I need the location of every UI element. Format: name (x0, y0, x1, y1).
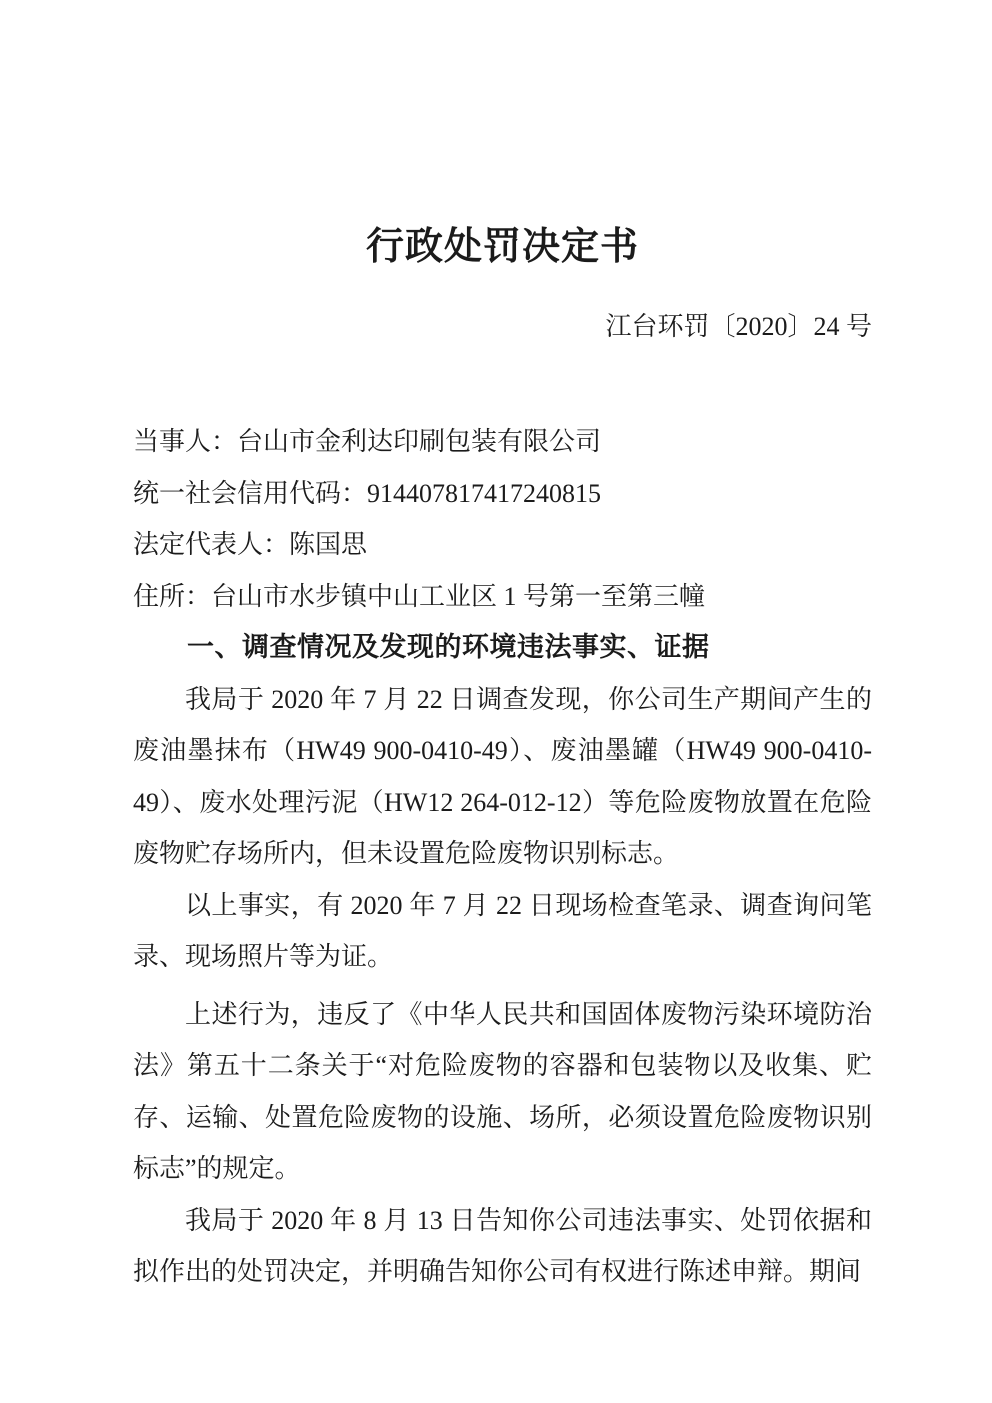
paragraph-evidence: 以上事实，有 2020 年 7 月 22 日现场检查笔录、调查询问笔录、现场照片… (133, 880, 872, 983)
paragraph-investigation-findings: 我局于 2020 年 7 月 22 日调查发现，你公司生产期间产生的废油墨抹布（… (133, 674, 872, 880)
penalty-decision-page: 行政处罚决定书 江台环罚〔2020〕24 号 当事人：台山市金利达印刷包装有限公… (0, 0, 992, 1403)
party-info-block: 当事人：台山市金利达印刷包装有限公司 统一社会信用代码：914407817417… (133, 416, 872, 622)
paragraph-law-violation: 上述行为，违反了《中华人民共和国固体废物污染环境防治法》第五十二条关于“对危险废… (133, 989, 872, 1195)
address-line: 住所：台山市水步镇中山工业区 1 号第一至第三幢 (133, 571, 872, 623)
document-content: 行政处罚决定书 江台环罚〔2020〕24 号 当事人：台山市金利达印刷包装有限公… (0, 0, 992, 1298)
document-title: 行政处罚决定书 (133, 0, 872, 270)
document-number: 江台环罚〔2020〕24 号 (133, 310, 872, 344)
paragraph-notification: 我局于 2020 年 8 月 13 日告知你公司违法事实、处罚依据和拟作出的处罚… (133, 1195, 872, 1298)
credit-code-line: 统一社会信用代码：914407817417240815 (133, 468, 872, 520)
legal-representative-line: 法定代表人：陈国思 (133, 519, 872, 571)
party-name-line: 当事人：台山市金利达印刷包装有限公司 (133, 416, 872, 468)
section-heading-investigation: 一、调查情况及发现的环境违法事实、证据 (133, 622, 872, 674)
